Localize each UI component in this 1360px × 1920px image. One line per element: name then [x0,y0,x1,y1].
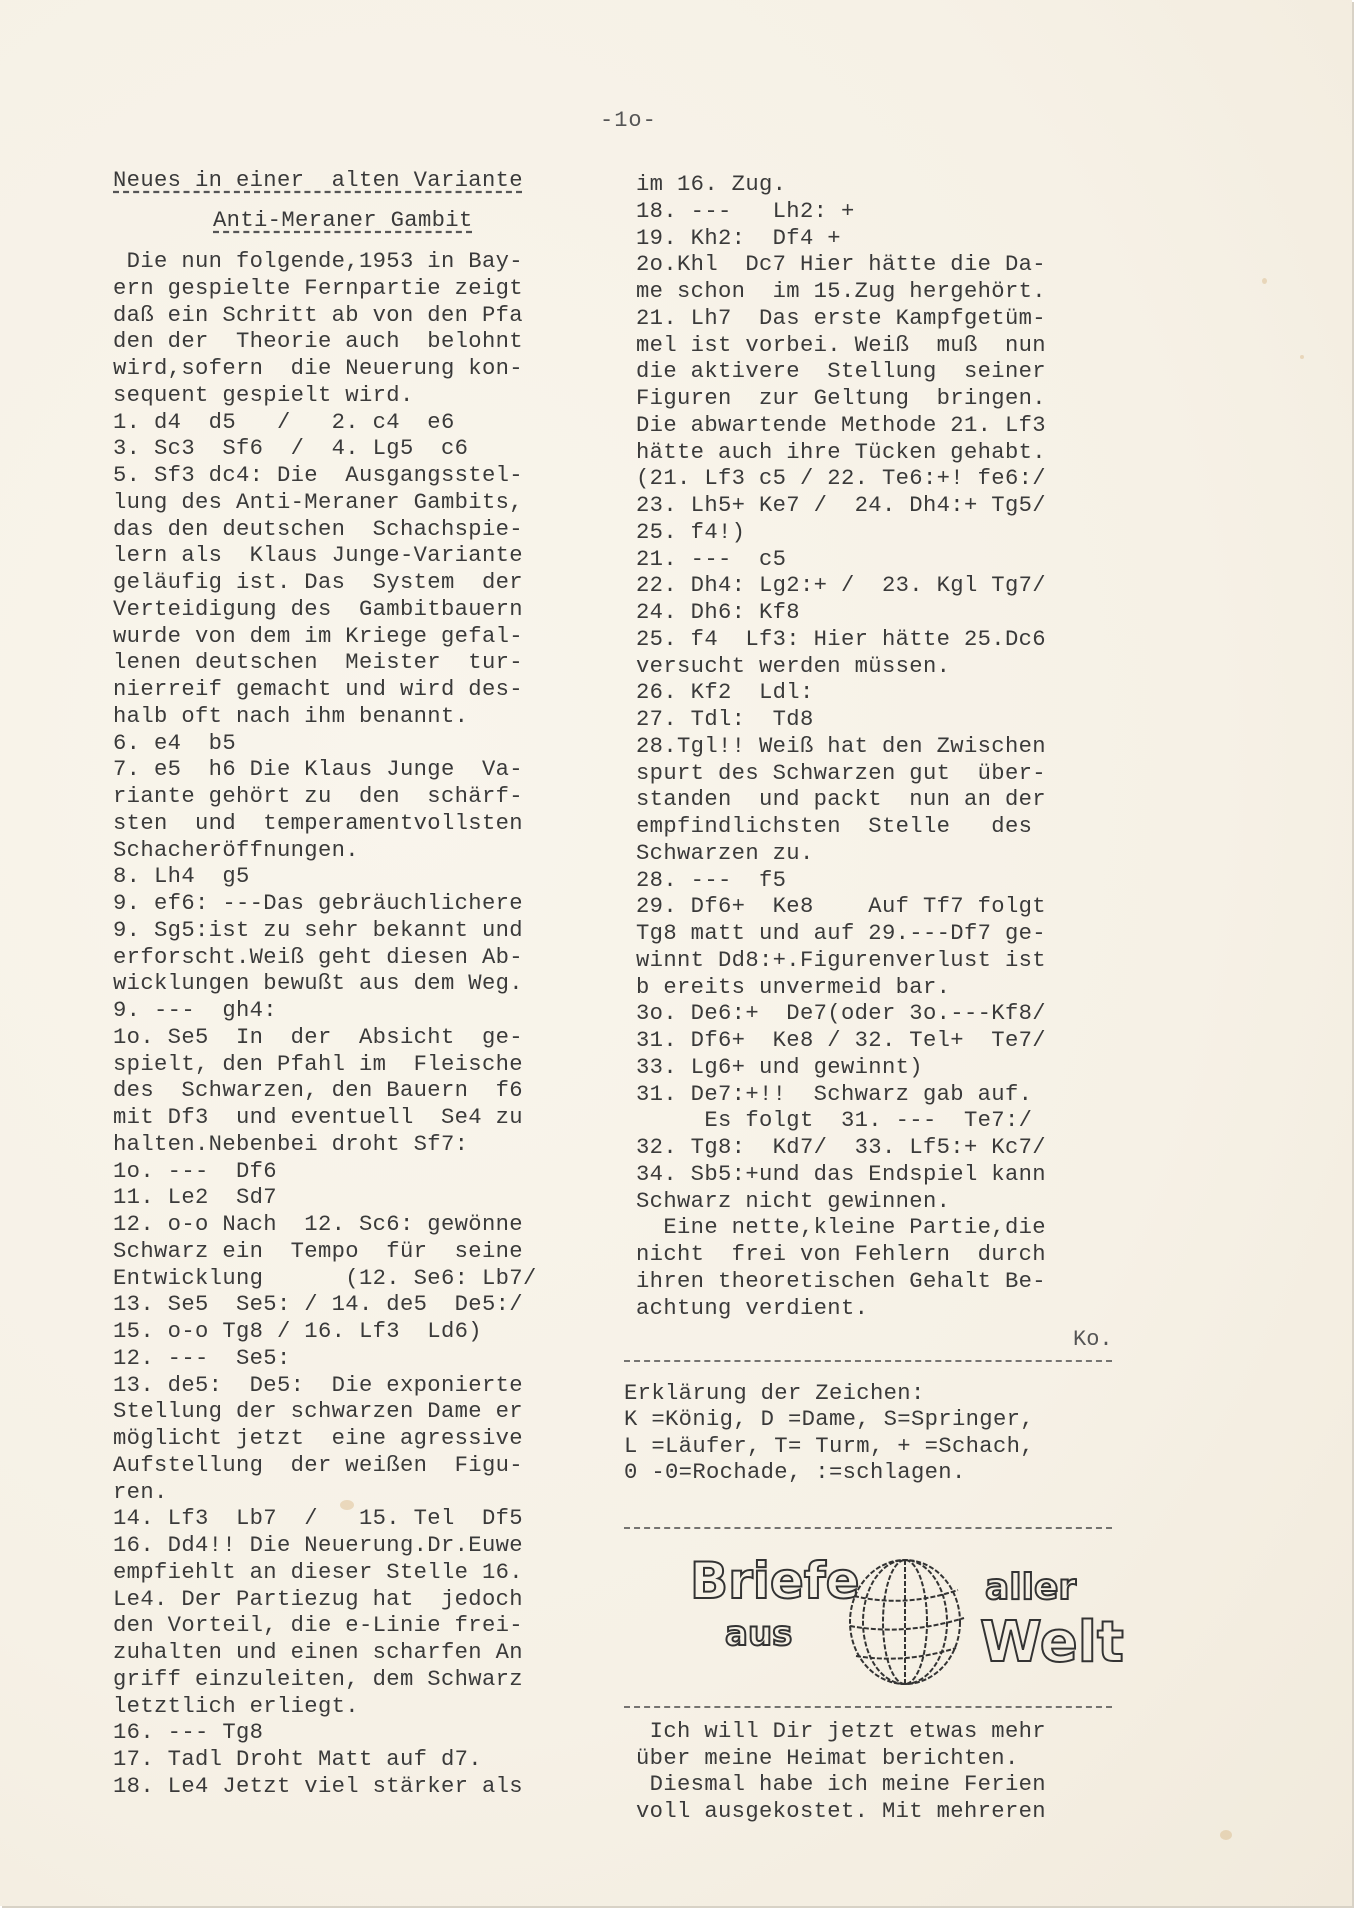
text-line: 9. --- gh4: [113,998,277,1024]
text-line: 18. Le4 Jetzt viel stärker als [113,1774,523,1800]
letter-line: über meine Heimat berichten. [636,1746,1019,1772]
text-line: 13. Se5 Se5: / 14. de5 De5:/ [113,1292,523,1318]
text-line: 9. ef6: ---Das gebräuchlichere [113,891,523,917]
text-line: 31. Df6+ Ke8 / 32. Tel+ Te7/ [636,1028,1046,1054]
logo-word-briefe: Briefe [690,1552,859,1610]
text-line: 18. --- Lh2: + [636,199,855,225]
text-line: 1o. Se5 In der Absicht ge- [113,1025,523,1051]
text-line: 25. f4!) [636,520,745,546]
text-line: geläufig ist. Das System der [113,570,523,596]
legend-heading: Erklärung der Zeichen: [624,1381,925,1407]
text-line: mel ist vorbei. Weiß muß nun [636,333,1046,359]
text-line: 8. Lh4 g5 [113,864,250,890]
text-line: wicklungen bewußt aus dem Weg. [113,971,523,997]
text-line: daß ein Schritt ab von den Pfa [113,303,523,329]
text-line: me schon im 15.Zug hergehört. [636,279,1046,305]
text-line: zuhalten und einen scharfen An [113,1640,523,1666]
text-line: spielt, den Pfahl im Fleische [113,1052,523,1078]
text-line: halb oft nach ihm benannt. [113,704,468,730]
text-line: 5. Sf3 dc4: Die Ausgangsstel- [113,463,523,489]
text-line: halten.Nebenbei droht Sf7: [113,1132,468,1158]
text-line: spurt des Schwarzen gut über- [636,761,1046,787]
text-line: Es folgt 31. --- Te7:/ [636,1108,1032,1134]
text-line: 13. de5: De5: Die exponierte [113,1373,523,1399]
text-line: Die abwartende Methode 21. Lf3 [636,413,1046,439]
text-line: Aufstellung der weißen Figu- [113,1453,523,1479]
text-line: ern gespielte Fernpartie zeigt [113,276,523,302]
text-line: 3. Sc3 Sf6 / 4. Lg5 c6 [113,436,468,462]
article-title: Neues in einer alten Variante [113,168,523,194]
text-line: lung des Anti-Meraner Gambits, [113,490,523,516]
text-line: 17. Tadl Droht Matt auf d7. [113,1747,482,1773]
text-line: empfiehlt an dieser Stelle 16. [113,1560,523,1586]
logo-word-aus: aus [725,1614,792,1654]
text-line: 21. --- c5 [636,547,786,573]
paper-stain [1262,278,1267,284]
globe-icon [840,1556,970,1691]
text-line: (21. Lf3 c5 / 22. Te6:+! fe6:/ [636,466,1046,492]
text-line: 12. --- Se5: [113,1346,291,1372]
text-line: griff einzuleiten, dem Schwarz [113,1667,523,1693]
text-line: 12. o-o Nach 12. Sc6: gewönne [113,1212,523,1238]
divider [624,1706,1112,1708]
text-line: 34. Sb5:+und das Endspiel kann [636,1162,1046,1188]
text-line: 16. --- Tg8 [113,1720,263,1746]
text-line: versucht werden müssen. [636,654,950,680]
letter-line: Ich will Dir jetzt etwas mehr [636,1719,1046,1745]
text-line: Die nun folgende,1953 in Bay- [113,249,523,275]
text-line: Tg8 matt und auf 29.---Df7 ge- [636,921,1046,947]
divider [624,1527,1112,1529]
text-line: im 16. Zug. [636,172,786,198]
text-line: achtung verdient. [636,1296,868,1322]
text-line: 32. Tg8: Kd7/ 33. Lf5:+ Kc7/ [636,1135,1046,1161]
text-line: ren. [113,1480,168,1506]
text-line: des Schwarzen, den Bauern f6 [113,1078,523,1104]
logo-word-welt: Welt [980,1610,1124,1675]
text-line: 2o.Khl Dc7 Hier hätte die Da- [636,252,1046,278]
text-line: 6. e4 b5 [113,731,236,757]
text-line: standen und packt nun an der [636,787,1046,813]
logo-word-aller: aller [985,1567,1076,1608]
text-line: erforscht.Weiß geht diesen Ab- [113,945,523,971]
text-line: letztlich erliegt. [113,1694,359,1720]
text-line: den Vorteil, die e-Linie frei- [113,1613,523,1639]
text-line: 23. Lh5+ Ke7 / 24. Dh4:+ Tg5/ [636,493,1046,519]
text-line: Schacheröffnungen. [113,838,359,864]
text-line: wurde von dem im Kriege gefal- [113,624,523,650]
text-line: 11. Le2 Sd7 [113,1185,277,1211]
text-line: b ereits unvermeid bar. [636,975,950,1001]
text-line: Eine nette,kleine Partie,die [636,1215,1046,1241]
text-line: 15. o-o Tg8 / 16. Lf3 Ld6) [113,1319,482,1345]
text-line: 28.Tgl!! Weiß hat den Zwischen [636,734,1046,760]
text-line: riante gehört zu den schärf- [113,784,523,810]
text-line: sten und temperamentvollsten [113,811,523,837]
text-line: 16. Dd4!! Die Neuerung.Dr.Euwe [113,1533,523,1559]
text-line: 31. De7:+!! Schwarz gab auf. [636,1082,1032,1108]
text-line: hätte auch ihre Tücken gehabt. [636,440,1046,466]
text-line: 33. Lg6+ und gewinnt) [636,1055,923,1081]
text-line: 14. Lf3 Lb7 / 15. Tel Df5 [113,1506,523,1532]
text-line: Le4. Der Partiezug hat jedoch [113,1587,523,1613]
text-line: sequent gespielt wird. [113,383,414,409]
paper-stain [1220,1830,1232,1840]
legend-line: L =Läufer, T= Turm, + =Schach, [624,1434,1034,1460]
text-line: 1. d4 d5 / 2. c4 e6 [113,410,455,436]
article-subtitle: Anti-Meraner Gambit [213,208,473,234]
text-line: möglicht jetzt eine agressive [113,1426,523,1452]
text-line: Stellung der schwarzen Dame er [113,1399,523,1425]
text-line: ihren theoretischen Gehalt Be- [636,1269,1046,1295]
author-signature: Ko. [1073,1327,1113,1352]
text-line: empfindlichsten Stelle des [636,814,1032,840]
text-line: 21. Lh7 Das erste Kampfgetüm- [636,306,1046,332]
text-line: 1o. --- Df6 [113,1159,277,1185]
page-number: -1o- [600,108,657,133]
text-line: das den deutschen Schachspie- [113,517,523,543]
text-line: 22. Dh4: Lg2:+ / 23. Kgl Tg7/ [636,573,1046,599]
text-line: Verteidigung des Gambitbauern [113,597,523,623]
text-line: 9. Sg5:ist zu sehr bekannt und [113,918,523,944]
text-line: Entwicklung (12. Se6: Lb7/ [113,1266,537,1292]
legend-line: 0 -0=Rochade, :=schlagen. [624,1460,966,1486]
text-line: 24. Dh6: Kf8 [636,600,800,626]
letter-line: Diesmal habe ich meine Ferien [636,1772,1046,1798]
text-line: nierreif gemacht und wird des- [113,677,523,703]
text-line: mit Df3 und eventuell Se4 zu [113,1105,523,1131]
text-line: nicht frei von Fehlern durch [636,1242,1046,1268]
text-line: Schwarzen zu. [636,841,814,867]
text-line: Figuren zur Geltung bringen. [636,386,1046,412]
text-line: 7. e5 h6 Die Klaus Junge Va- [113,757,523,783]
divider [624,1360,1112,1362]
text-line: Schwarz nicht gewinnen. [636,1189,950,1215]
text-line: 3o. De6:+ De7(oder 3o.---Kf8/ [636,1001,1046,1027]
text-line: den der Theorie auch belohnt [113,329,523,355]
text-line: wird,sofern die Neuerung kon- [113,356,523,382]
text-line: die aktivere Stellung seiner [636,359,1046,385]
text-line: 26. Kf2 Ldl: [636,680,814,706]
text-line: 19. Kh2: Df4 + [636,226,841,252]
text-line: Schwarz ein Tempo für seine [113,1239,523,1265]
text-line: 29. Df6+ Ke8 Auf Tf7 folgt [636,894,1046,920]
legend-line: K =König, D =Dame, S=Springer, [624,1407,1034,1433]
text-line: 25. f4 Lf3: Hier hätte 25.Dc6 [636,627,1046,653]
text-line: 28. --- f5 [636,868,786,894]
text-line: 27. Tdl: Td8 [636,707,814,733]
text-line: lern als Klaus Junge-Variante [113,543,523,569]
text-line: winnt Dd8:+.Figurenverlust ist [636,948,1046,974]
letter-line: voll ausgekostet. Mit mehreren [636,1799,1046,1825]
paper-stain [1300,355,1304,359]
text-line: lenen deutschen Meister tur- [113,650,523,676]
section-logo: Briefe aus aller Welt [680,1552,1140,1692]
document-page: -1o- Neues in einer alten Variante Anti-… [0,0,1352,1906]
